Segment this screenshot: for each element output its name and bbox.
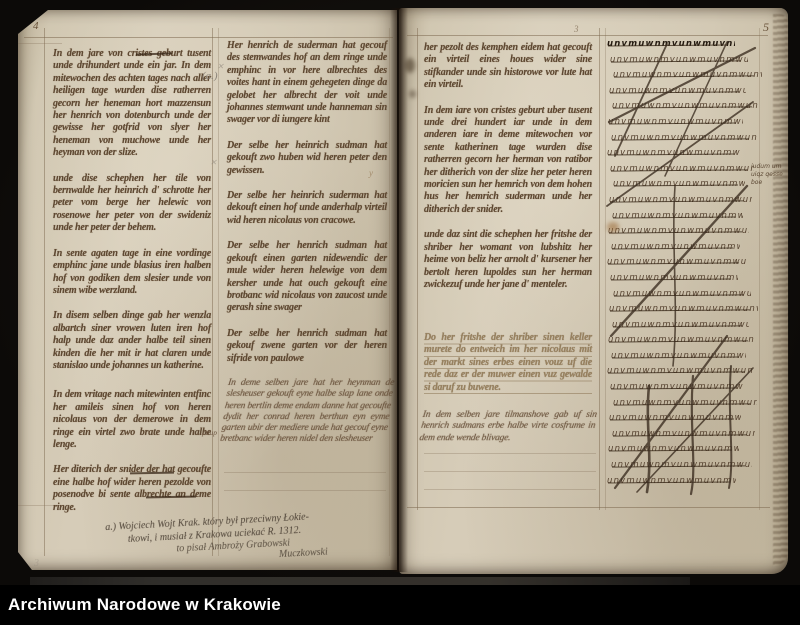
crossed-out-line: unvmuwnmvunwmuvnmwunvmuwnmvunwmuvnm (609, 194, 752, 210)
manuscript-paragraph: In dem vritage nach mitewinten entfinc h… (53, 389, 211, 451)
crossed-out-line: unvmuwnmvunwmuvnmwunvmuwnmvunwmuvn (610, 272, 738, 288)
crossed-out-line: unvmuwnmvunwmuvnmwunvmuwnmvunwm (612, 100, 759, 116)
crossed-out-line: unvmuwnmvunwmuvnmwunvmuwnmvunwmuv (607, 147, 741, 163)
ruling-line (218, 28, 219, 556)
crossed-out-line: unvmuwnmvunwmuvnmwunvmuwnm (609, 85, 746, 101)
right-page-cursive-addition: In dem selben jare tilmanshove gab uf si… (419, 410, 598, 444)
archive-name-label: Archiwum Narodowe w Krakowie (0, 595, 281, 615)
manuscript-paragraph: unde daz sint die schephen her fritshe d… (424, 229, 592, 291)
crossed-out-line: unvmuwnmvunwmuvnmwunvmuwnmvun (610, 54, 748, 70)
crossed-out-line: unvmuwnmvunwmuvnmwunvmuwn (610, 163, 754, 179)
crossed-out-line: unvmuwnmvunwmuvnmwunvmuwnmvunwm (609, 303, 758, 319)
crossed-out-line: unvmuwnmvunwmuvnmwunvmuwnmv (609, 412, 741, 428)
page-number-inner: 3 (574, 24, 579, 34)
marginal-note-line: uiqz qesse (751, 171, 787, 179)
left-page-cursive-addition: In deme selben jare hat her heynman de s… (219, 378, 395, 446)
ink-stain (409, 90, 416, 98)
manuscript-right-page: 3 5 her pezolt des kemphen eidem hat gec… (399, 8, 788, 574)
crossed-out-line: unvmuwnmvunwmuvnmwunvmuwnmvunwmuvnm (613, 397, 757, 413)
ruling-line (44, 28, 45, 556)
crossed-out-line: unvmuwnmvunwmuvnmwunvmuw (611, 241, 740, 257)
page-number-left: 4 (33, 20, 39, 32)
right-page-faded-paragraph: Do her fritshe der shriber sinen keller … (424, 332, 592, 394)
pencil-cross-icon: ✕ (217, 62, 224, 71)
ruling-line (24, 37, 393, 38)
crossed-out-line: unvmuwnmvunwmuvnmwunvmuwn (607, 365, 753, 381)
crossed-out-line: unvmuwnmvunwmuvnmwunvmuwnmvunwmuvnmw (608, 116, 743, 132)
ruling-line (424, 471, 596, 472)
crossed-out-line: unvmuwnmvunwmuvnmwunvmuwnmvunwmuvn (607, 475, 736, 491)
ruling-line (417, 28, 418, 510)
ruling-line (424, 489, 596, 490)
ruling-line (407, 35, 768, 36)
archive-scan: 4 In dem jare von cristes geburt tusent … (0, 0, 800, 625)
marginal-note-line: iudum um (751, 163, 787, 171)
marginal-note: iudum umuiqz qesseboe (751, 163, 787, 187)
pencil-note-a: (a.) (202, 70, 218, 82)
manuscript-paragraph: her pezolt des kemphen eidem hat gecouft… (424, 42, 592, 92)
ruling-line (599, 28, 600, 510)
ruling-line (224, 490, 386, 491)
crossed-out-line: unvmuwnmvunwmuvnmwunvmuwnmvunwmuv (611, 350, 746, 366)
ruling-line (407, 507, 770, 508)
crossed-out-line: unvmuwnmvunwmuvnmwunvmuwnmvunwmuvnmw (612, 319, 749, 335)
manuscript-paragraph: Der selbe her henrich sudman hat gekouf … (227, 328, 387, 365)
ruling-line (18, 43, 62, 44)
manuscript-paragraph: In disem selben dinge gab her wenzla alb… (53, 310, 211, 372)
manuscript-photo: 4 In dem jare von cristes geburt tusent … (0, 0, 800, 585)
ink-stain (607, 222, 619, 232)
right-page-column-1: her pezolt des kemphen eidem hat gecouft… (424, 42, 592, 304)
ruling-line (224, 472, 386, 473)
crossed-out-line: unvmuwnmvunwmuvnmwunvmuwnmvunwmuvn (613, 69, 762, 85)
crossed-out-line: unvmuwnmvunwmuvnmwunvmuwnmvunw (613, 178, 745, 194)
ruling-line (212, 28, 213, 556)
crossed-out-column: unvmuwnmvunwmuvnmwunvmuwunvmuwnmvunwmuvn… (607, 38, 759, 490)
manuscript-paragraph: In dem jare von cristes geburt tusent un… (53, 48, 211, 160)
crossed-out-line: unvmuwnmvunwmuvnmwunvmuwnmvu (611, 132, 757, 148)
marginal-note-line: boe (751, 179, 787, 187)
book-gutter (390, 8, 408, 572)
margin-word: paup (202, 428, 217, 437)
corner-pencil-number: 3 (34, 558, 39, 569)
crossed-out-line: unvmuwnmvunwmuvnmwunvmuwnmv (612, 210, 743, 226)
manuscript-paragraph: Der selbe her heinrich sudman hat gekouf… (227, 140, 387, 177)
manuscript-paragraph: Her henrich de suderman hat gecouf des s… (227, 40, 387, 127)
page-number-corner: 5 (763, 20, 769, 35)
crossed-out-line: unvmuwnmvunwmuvnmwunvmuw (607, 38, 735, 54)
crossed-out-line: unvmuwnmvunwmuvnmwunvmuwnmvunwmu (612, 428, 755, 444)
photo-table-edge (30, 577, 690, 585)
crossed-out-line: unvmuwnmvunwmuvnmwunvmuw (608, 443, 739, 459)
crossed-out-line: unvmuwnmvunwmuvnmwunvmuwnm (613, 288, 751, 304)
manuscript-paragraph: In sente agaten tage in eine vordinge em… (53, 248, 211, 298)
crossed-out-line: unvmuwnmvunwmuvnmwunvmuwnmvun (607, 256, 747, 272)
left-page-column-1: In dem jare von cristes geburt tusent un… (53, 48, 211, 527)
ruling-line (605, 28, 606, 510)
manuscript-paragraph: Der selbe her henrich sudman hat gekouft… (227, 240, 387, 314)
left-page-column-2: Her henrich de suderman hat gecouf des s… (227, 40, 387, 378)
crossed-out-line: unvmuwnmvunwmuvnmwunvmuwnmvunwmu (608, 225, 749, 241)
manuscript-paragraph: In dem iare von cristes geburt uber tuse… (424, 105, 592, 217)
manuscript-left-page: 4 In dem jare von cristes geburt tusent … (18, 10, 397, 570)
pencil-cross-icon: ✕ (210, 158, 217, 167)
ruling-line (424, 453, 596, 454)
crossed-out-line: unvmuwnmvunwmuvnmwunvmuwnmvun (611, 459, 752, 475)
manuscript-paragraph: unde dise schephen her tile von bernwald… (53, 173, 211, 235)
crossed-out-line: unvmuwnmvunwmuvnmwunvmuwnmvunw (610, 381, 744, 397)
pencil-y-mark: y (369, 168, 373, 178)
archive-footer-bar: Archiwum Narodowe w Krakowie (0, 585, 800, 625)
crossed-out-line: unvmuwnmvunwmuvnmwunvmuwnmvu (608, 334, 755, 350)
manuscript-paragraph: Der selbe her heinrich suderman hat deko… (227, 190, 387, 227)
